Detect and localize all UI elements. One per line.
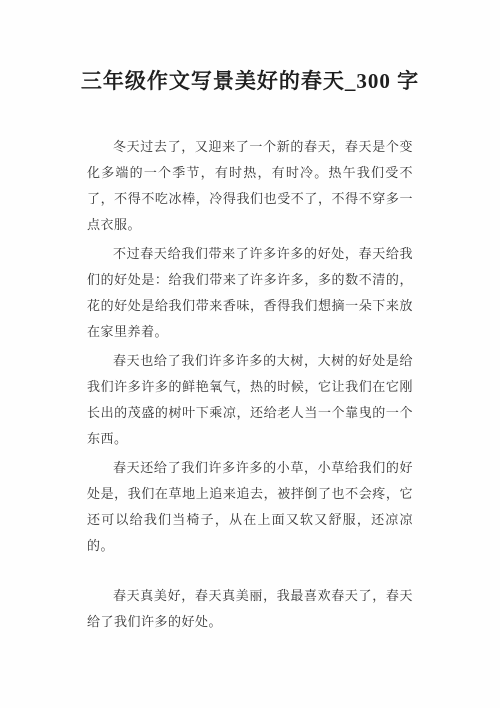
essay-paragraph-2: 不过春天给我们带来了许多许多的好处，春天给我们的好处是：给我们带来了许多许多，多… xyxy=(87,241,413,345)
essay-body: 冬天过去了，又迎来了一个新的春天，春天是个变化多端的一个季节，有时热，有时冷。热… xyxy=(87,134,413,635)
essay-paragraph-1: 冬天过去了，又迎来了一个新的春天，春天是个变化多端的一个季节，有时热，有时冷。热… xyxy=(87,134,413,238)
essay-paragraph-3: 春天也给了我们许多许多的大树，大树的好处是给我们许多许多的鲜艳氧气，热的时候，它… xyxy=(87,348,413,452)
essay-title: 三年级作文写景美好的春天_300 字 xyxy=(0,0,500,96)
essay-paragraph-5: 春天真美好，春天真美丽，我最喜欢春天了，春天给了我们许多的好处。 xyxy=(87,583,413,635)
essay-paragraph-4: 春天还给了我们许多许多的小草，小草给我们的好处是，我们在草地上追来追去，被拌倒了… xyxy=(87,455,413,559)
document-page: 三年级作文写景美好的春天_300 字 冬天过去了，又迎来了一个新的春天，春天是个… xyxy=(0,0,500,708)
